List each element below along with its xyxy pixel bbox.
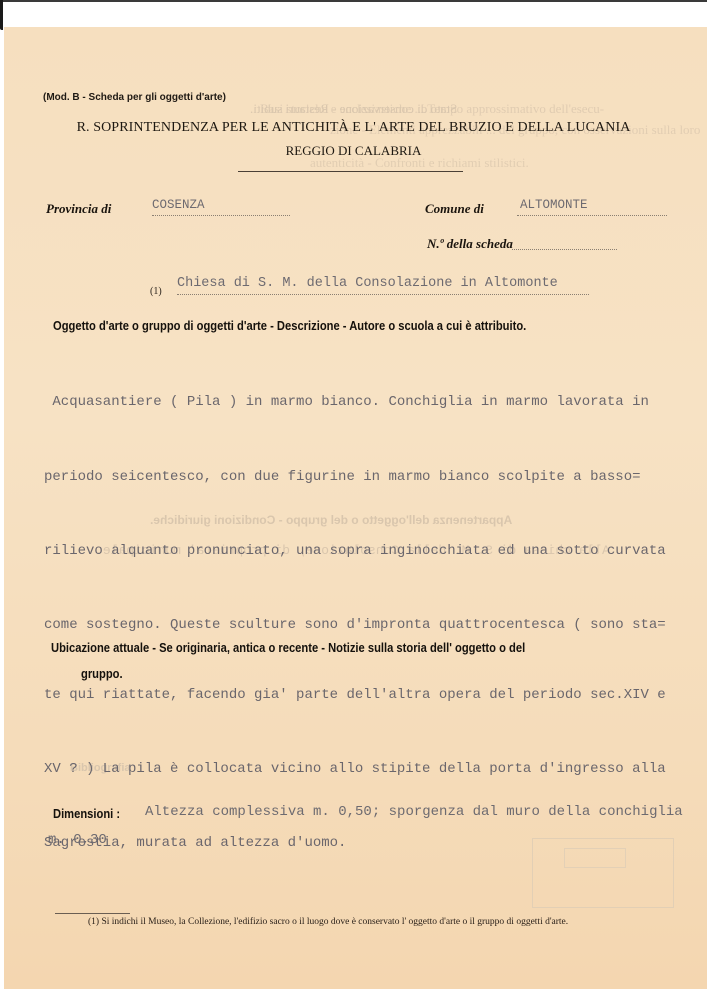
- description-line: Acquasantiere ( Pila ) in marmo bianco. …: [44, 390, 704, 415]
- bleed-through-basi: Basi storiche e ecclesiastiche ... Tempo…: [260, 101, 604, 117]
- numero-scheda-field[interactable]: [512, 233, 617, 250]
- comune-value: ALTOMONTE: [520, 198, 588, 212]
- section-title-ubicazione-cont: gruppo.: [81, 666, 123, 681]
- provincia-field[interactable]: COSENZA: [152, 198, 290, 216]
- description-line: XV ? ) La pila è collocata vicino allo s…: [44, 757, 704, 782]
- dimensioni-value-line2: m. 0,30: [48, 832, 107, 848]
- luogo-value: Chiesa di S. M. della Consolazione in Al…: [177, 276, 558, 291]
- footnote-rule: [55, 913, 130, 914]
- institution-title: R. SOPRINTENDENZA PER LE ANTICHITÀ E L' …: [0, 120, 707, 136]
- scan-left-edge: [0, 0, 3, 30]
- provincia-label: Provincia di: [46, 201, 111, 217]
- description-line: come sostegno. Queste sculture sono d'im…: [44, 616, 704, 634]
- scan-top-edge: [0, 0, 707, 2]
- header-rule: [238, 171, 463, 172]
- description-line: te qui riattate, facendo gia' parte dell…: [44, 683, 704, 707]
- comune-field[interactable]: ALTOMONTE: [517, 198, 667, 216]
- footnote-text: (1) Si indichi il Museo, la Collezione, …: [88, 917, 568, 927]
- comune-label: Comune di: [425, 201, 484, 217]
- dimensioni-value-line1: Altezza complessiva m. 0,50; sporgenza d…: [145, 804, 683, 820]
- dimensioni-label: Dimensioni :: [53, 806, 120, 821]
- footnote-marker: (1): [150, 286, 162, 297]
- luogo-field[interactable]: Chiesa di S. M. della Consolazione in Al…: [177, 276, 589, 295]
- section-title-ubicazione: Ubicazione attuale - Se originaria, anti…: [51, 640, 525, 655]
- provincia-value: COSENZA: [152, 198, 205, 212]
- section-title-oggetto: Oggetto d'arte o gruppo di oggetti d'art…: [53, 318, 526, 333]
- numero-scheda-label: N.º della scheda: [427, 236, 513, 252]
- institution-city: REGGIO DI CALABRIA: [0, 143, 707, 159]
- form-model-label: (Mod. B - Scheda per gli oggetti d'arte): [43, 92, 226, 103]
- oggetto-description: Acquasantiere ( Pila ) in marmo bianco. …: [44, 341, 704, 880]
- description-line: rilievo alquanto pronunciato, una sopra …: [44, 539, 704, 564]
- faint-stamp-inner: [564, 848, 626, 868]
- description-line: periodo seicentesco, con due figurine in…: [44, 465, 704, 490]
